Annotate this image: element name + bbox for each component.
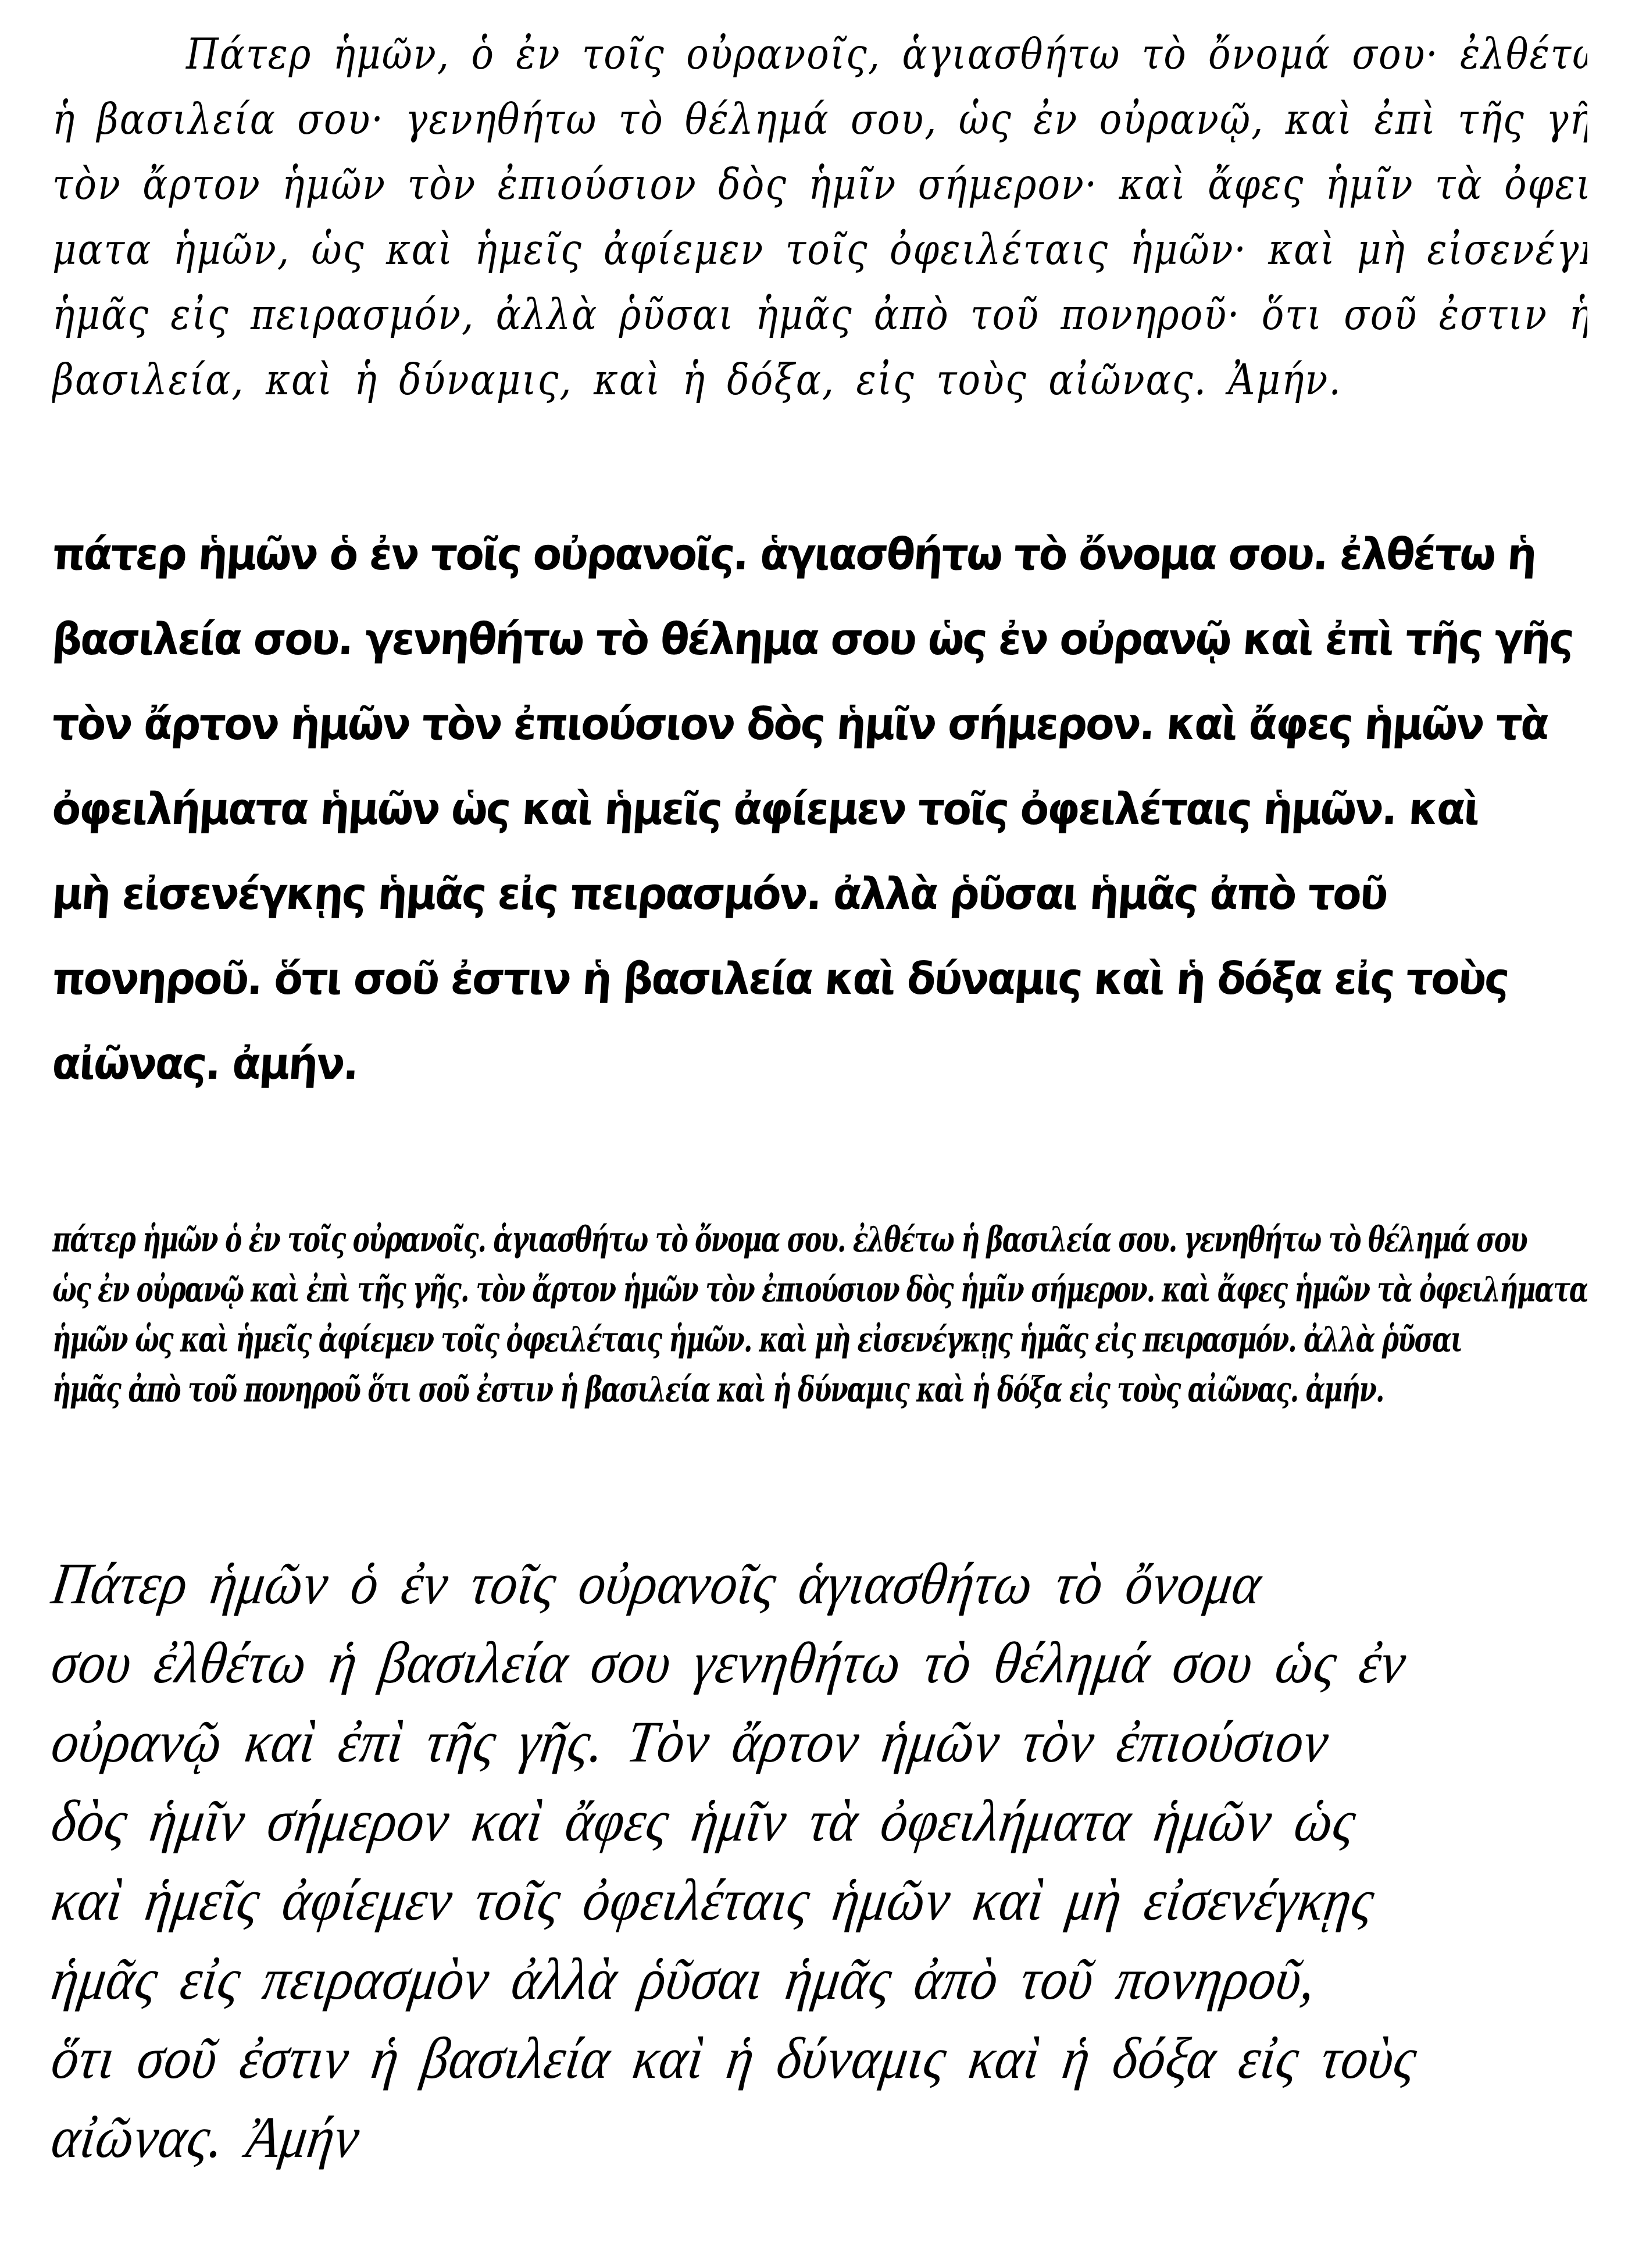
- text-line: ἡ βασιλεία σου· γενηθήτω τὸ θέλημά σου, …: [52, 83, 1587, 158]
- text-line: πάτερ ἡμῶν ὁ ἐν τοῖς οὐρανοῖς. ἁγιασθήτω…: [49, 509, 1590, 598]
- bold-handwriting-block: πάτερ ἡμῶν ὁ ἐν τοῖς οὐρανοῖς. ἁγιασθήτω…: [52, 512, 1587, 1106]
- text-line: Πάτερ ἡμῶν, ὁ ἐν τοῖς οὐρανοῖς, ἁγιασθήτ…: [52, 17, 1587, 92]
- small-handwriting-block: πάτερ ἡμῶν ὁ ἐν τοῖς οὐρανοῖς. ἁγιασθήτω…: [52, 1215, 1587, 1415]
- text-line: αἰῶνας. Ἀμήν: [46, 2094, 1593, 2181]
- text-line: πονηροῦ. ὅτι σοῦ ἐστιν ἡ βασιλεία καὶ δύ…: [49, 934, 1590, 1023]
- cursive-handwriting-block: Πάτερ ἡμῶν ὁ ἐν τοῖς οὐρανοῖς ἁγιασθήτω …: [52, 1544, 1587, 2177]
- text-line: αἰῶνας. ἀμήν.: [49, 1019, 1590, 1108]
- text-line: βασιλεία σου. γενηθήτω τὸ θέλημα σου ὡς …: [49, 594, 1590, 683]
- printed-greek-text-block: Πάτερ ἡμῶν, ὁ ἐν τοῖς οὐρανοῖς, ἁγιασθήτ…: [52, 22, 1587, 413]
- text-line: ἡμᾶς εἰς πειρασμὸν ἀλλὰ ῥῦσαι ἡμᾶς ἀπὸ τ…: [46, 1935, 1593, 2023]
- text-line: ἡμᾶς ἀπὸ τοῦ πονηροῦ ὅτι σοῦ ἐστιν ἡ βασ…: [52, 1357, 1587, 1424]
- text-line: δὸς ἡμῖν σήμερον καὶ ἄφες ἡμῖν τὰ ὀφειλή…: [46, 1777, 1593, 1864]
- text-line: βασιλεία, καὶ ἡ δύναμις, καὶ ἡ δόξα, εἰς…: [52, 343, 1587, 418]
- text-line: τὸν ἄρτον ἡμῶν τὸν ἐπιούσιον δὸς ἡμῖν σή…: [52, 148, 1587, 223]
- text-line: ὀφειλήματα ἡμῶν ὡς καὶ ἡμεῖς ἀφίεμεν τοῖ…: [49, 764, 1590, 853]
- text-line: σου ἐλθέτω ἡ βασιλεία σου γενηθήτω τὸ θέ…: [46, 1619, 1593, 1706]
- text-line: καὶ ἡμεῖς ἀφίεμεν τοῖς ὀφειλέταις ἡμῶν κ…: [46, 1856, 1593, 1944]
- scanned-page: Πάτερ ἡμῶν, ὁ ἐν τοῖς οὐρανοῖς, ἁγιασθήτ…: [0, 0, 1628, 2268]
- text-line: ματα ἡμῶν, ὡς καὶ ἡμεῖς ἀφίεμεν τοῖς ὀφε…: [52, 213, 1587, 288]
- text-line: ὅτι σοῦ ἐστιν ἡ βασιλεία καὶ ἡ δύναμις κ…: [46, 2014, 1593, 2102]
- text-line: Πάτερ ἡμῶν ὁ ἐν τοῖς οὐρανοῖς ἁγιασθήτω …: [46, 1540, 1593, 1627]
- text-line: τὸν ἄρτον ἡμῶν τὸν ἐπιούσιον δὸς ἡμῖν σή…: [49, 679, 1590, 768]
- text-line: μὴ εἰσενέγκῃς ἡμᾶς εἰς πειρασμόν. ἀλλὰ ῥ…: [49, 849, 1590, 938]
- text-line: οὐρανῷ καὶ ἐπὶ τῆς γῆς. Τὸν ἄρτον ἡμῶν τ…: [46, 1698, 1593, 1785]
- text-line: ἡμᾶς εἰς πειρασμόν, ἀλλὰ ῥῦσαι ἡμᾶς ἀπὸ …: [52, 278, 1587, 353]
